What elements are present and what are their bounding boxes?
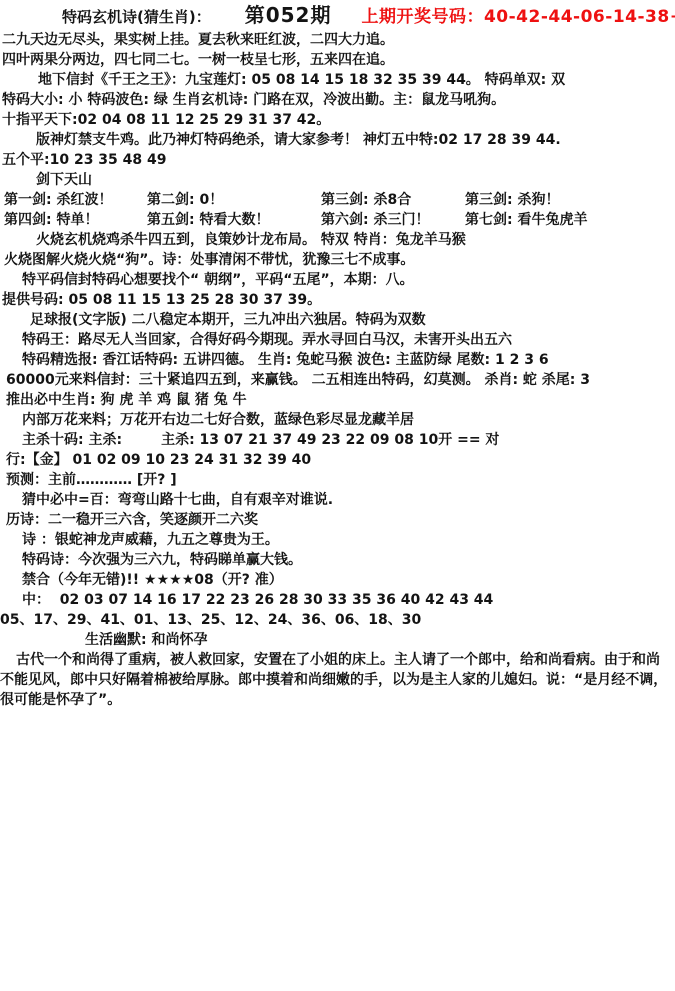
sword-cell: 第一剑: 杀红波！ (4, 190, 147, 210)
text-line: 提供号码: 05 08 11 15 13 25 28 30 37 39。 (0, 290, 675, 310)
sword-cell: 第三剑: 杀8合 (321, 190, 465, 210)
text-line: 中： 02 03 07 14 16 17 22 23 26 28 30 33 3… (0, 590, 675, 610)
text-line: 行:【金】 01 02 09 10 23 24 31 32 39 40 (0, 450, 675, 470)
text-line: 60000元来料信封：三十紧追四五到，来赢钱。 二五相连出特码，幻莫测。 杀肖:… (0, 370, 675, 390)
sword-cell: 第六剑: 杀三门！ (321, 210, 465, 230)
page-title: 特码玄机诗(猜生肖)： (62, 7, 211, 27)
text-line: 四叶两果分两边，四七同二七。一树一枝呈七形，五来四在追。 (0, 50, 675, 70)
text-line: 五个平:10 23 35 48 49 (0, 150, 675, 170)
sword-cell: 第七剑: 看牛兔虎羊 (465, 210, 587, 230)
last-draw-numbers: 上期开奖号码：40-42-44-06-14-38+01 (361, 7, 675, 27)
tip-sheet-page: 特码玄机诗(猜生肖)： 第052期 上期开奖号码：40-42-44-06-14-… (0, 0, 675, 991)
text-line: 火烧图解火烧火烧“狗”。诗：处事清闲不带忧，犹豫三七不成事。 (0, 250, 675, 270)
text-line: 特码诗：今次强为三六九，特码睇单赢大钱。 (0, 550, 675, 570)
text-line: 地下信封《千王之王》：九宝莲灯: 05 08 14 15 18 32 35 39… (0, 70, 675, 90)
text-line: 足球报(文字版) 二八稳定本期开，三九冲出六独居。特码为双数 (0, 310, 675, 330)
lines-container: 二九天边无尽头，果实树上挂。夏去秋来旺红波，二四大力追。四叶两果分两边，四七同二… (0, 30, 675, 650)
text-line: 主杀十码: 主杀: 主杀: 13 07 21 37 49 23 22 09 08… (0, 430, 675, 450)
sword-cell: 第四剑: 特单！ (4, 210, 147, 230)
text-line: 特码精选报: 香江话特码: 五讲四德。 生肖: 兔蛇马猴 波色: 主蓝防绿 尾数… (0, 350, 675, 370)
text-line: 诗 ：银蛇神龙声威藉，九五之尊贵为王。 (0, 530, 675, 550)
text-line: 猜中必中=百：弯弯山路十七曲，自有艰辛对谁说. (0, 490, 675, 510)
sword-row: 第四剑: 特单！第五剑: 特看大数！第六剑: 杀三门！第七剑: 看牛兔虎羊 (0, 210, 675, 230)
sword-row: 第一剑: 杀红波！第二剑: 0！第三剑: 杀8合第三剑: 杀狗！ (0, 190, 675, 210)
text-line: 特码王：路尽无人当回家，合得好码今期现。弄水寻回白马汉，未害开头出五六 (0, 330, 675, 350)
sword-cell: 第三剑: 杀狗！ (465, 190, 559, 210)
text-line: 版神灯禁支牛鸡。此乃神灯特码绝杀，请大家参考！ 神灯五中特:02 17 28 3… (0, 130, 675, 150)
header: 特码玄机诗(猜生肖)： 第052期 上期开奖号码：40-42-44-06-14-… (0, 0, 675, 30)
text-line: 特码大小: 小 特码波色: 绿 生肖玄机诗: 门路在双，冷波出勤。主：鼠龙马吼狗… (0, 90, 675, 110)
text-line: 05、17、29、41、01、13、25、12、24、36、06、18、30 (0, 610, 675, 630)
text-line: 预测：主前………… [开? ] (0, 470, 675, 490)
text-line: 历诗：二一稳开三六含，笑逐颜开二六奖 (0, 510, 675, 530)
text-line: 十指平天下:02 04 08 11 12 25 29 31 37 42。 (0, 110, 675, 130)
humor-story: 古代一个和尚得了重病，被人救回家，安置在了小姐的床上。主人请了一个郎中，给和尚看… (0, 650, 675, 710)
sword-cell: 第二剑: 0！ (147, 190, 321, 210)
text-line: 禁合（今年无错)!! ★★★★08（开? 准） (0, 570, 675, 590)
text-line: 生活幽默: 和尚怀孕 (0, 630, 675, 650)
text-line: 二九天边无尽头，果实树上挂。夏去秋来旺红波，二四大力追。 (0, 30, 675, 50)
text-line: 火烧玄机烧鸡杀牛四五到，良策妙计龙布局。 特双 特肖：兔龙羊马猴 (0, 230, 675, 250)
text-line: 内部万花来料；万花开右边二七好合数，蓝绿色彩尽显龙藏羊居 (0, 410, 675, 430)
text-line: 特平码信封特码心想要找个“ 朝纲”，平码“五尾”，本期：八。 (0, 270, 675, 290)
sword-cell: 第五剑: 特看大数！ (147, 210, 321, 230)
text-line: 剑下天山 (0, 170, 675, 190)
text-line: 推出必中生肖: 狗 虎 羊 鸡 鼠 猪 兔 牛 (0, 390, 675, 410)
issue-number: 第052期 (245, 5, 332, 25)
